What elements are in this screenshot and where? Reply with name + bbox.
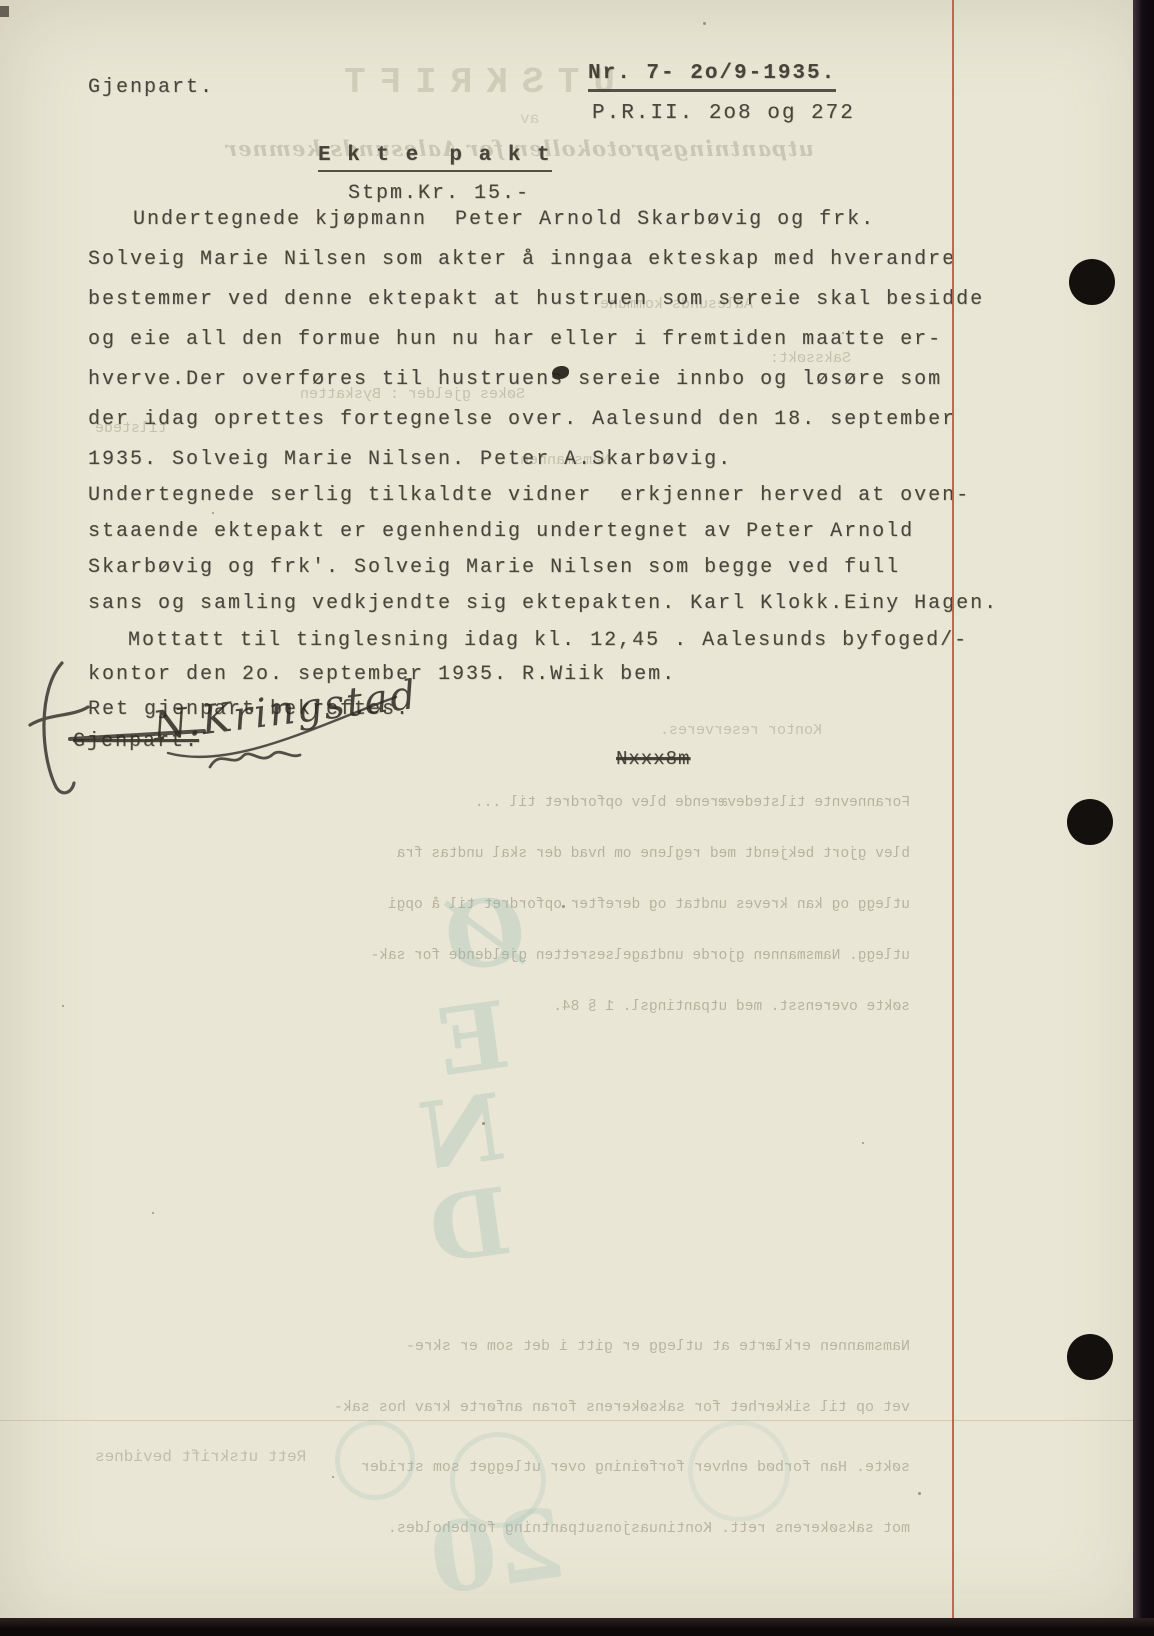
signature-underline-swash [168,697,396,757]
scan-edge-bottom [0,1618,1154,1636]
bleedthrough-line: vet op til sikkerhet for saksøkerens for… [58,1395,910,1422]
pen-flourish-stroke [30,707,88,725]
contract-line: hverve.Der overføres til hustruens serei… [88,360,984,400]
paper-speck [62,1005,64,1007]
ghost-stamp-glyph: Ø [438,875,532,993]
paper-speck [842,332,844,334]
contract-line: Undertegnede serlig tilkaldte vidner erk… [88,478,998,514]
paper-speck [918,1492,921,1495]
contract-line: 1935. Solveig Marie Nilsen. Peter A.Skar… [88,440,984,480]
contract-line: sans og samling vedkjendte sig ektepakte… [88,586,998,622]
scan-corner-mark [0,6,9,17]
bleedthrough-title: UTSKRIFT [330,62,615,103]
pen-flourish-stroke [44,663,74,793]
bleedthrough-note: Kontor reserveres. [660,722,822,739]
contract-line: Undertegnede kjøpmann Peter Arnold Skarb… [88,200,984,240]
pen-flourish [18,655,478,825]
hole-punch [1067,1334,1113,1380]
bleedthrough-line: blev gjort bekjendt med reglene om hvad … [52,845,910,864]
ghost-stamp-glyph: D [423,1167,517,1285]
contract-line: bestemmer ved denne ektepakt at hustruen… [88,280,984,320]
copy-label: Gjenpart. [88,76,214,99]
bleedthrough-certification: Rett utskrift bevidnes [95,1448,306,1466]
hole-punch [1069,259,1115,305]
bleedthrough-line: Namsmannen erklærte at utlegg er gitt i … [58,1334,910,1361]
ghost-stamp-circle [335,1420,415,1500]
hole-punch [1067,799,1113,845]
paper-crease [0,1420,1135,1421]
contract-line: der idag oprettes fortegnelse over. Aale… [88,400,984,440]
scanned-document-page: UTSKRIFT av utpantningsprotokollen for A… [0,0,1154,1636]
contract-line: og eie all den formue hun nu har eller i… [88,320,984,360]
ghost-stamp-circle [688,1420,790,1522]
document-title: E k t e p a k t [318,144,552,172]
paper-speck [703,22,706,25]
paper-speck [332,1476,334,1478]
contract-line: staaende ektepakt er egenhendig underteg… [88,514,998,550]
paper-speck [482,1122,485,1125]
paper-speck [212,512,214,514]
paper-speck [152,1212,154,1214]
scan-edge-right [1133,0,1154,1636]
paper-speck [562,905,565,908]
registration-line: Mottatt til tinglesning idag kl. 12,45 .… [88,624,968,658]
protocol-reference: P.R.II. 2o8 og 272 [592,102,855,125]
witness-clause: Undertegnede serlig tilkaldte vidner erk… [88,478,998,622]
struck-typed-code: Nxxx8m [616,748,690,770]
margin-line [952,0,954,1620]
contract-line: Solveig Marie Nilsen som akter å inngaa … [88,240,984,280]
pen-strike-line [70,731,204,739]
bleedthrough-av: av [520,110,539,128]
document-number: Nr. 7- 2o/9-1935. [588,62,836,92]
ghost-stamp-circle [450,1432,546,1528]
contract-body: Undertegnede kjøpmann Peter Arnold Skarb… [88,200,984,480]
paper-speck [862,1142,864,1144]
contract-line: Skarbøvig og frk'. Solveig Marie Nilsen … [88,550,998,586]
